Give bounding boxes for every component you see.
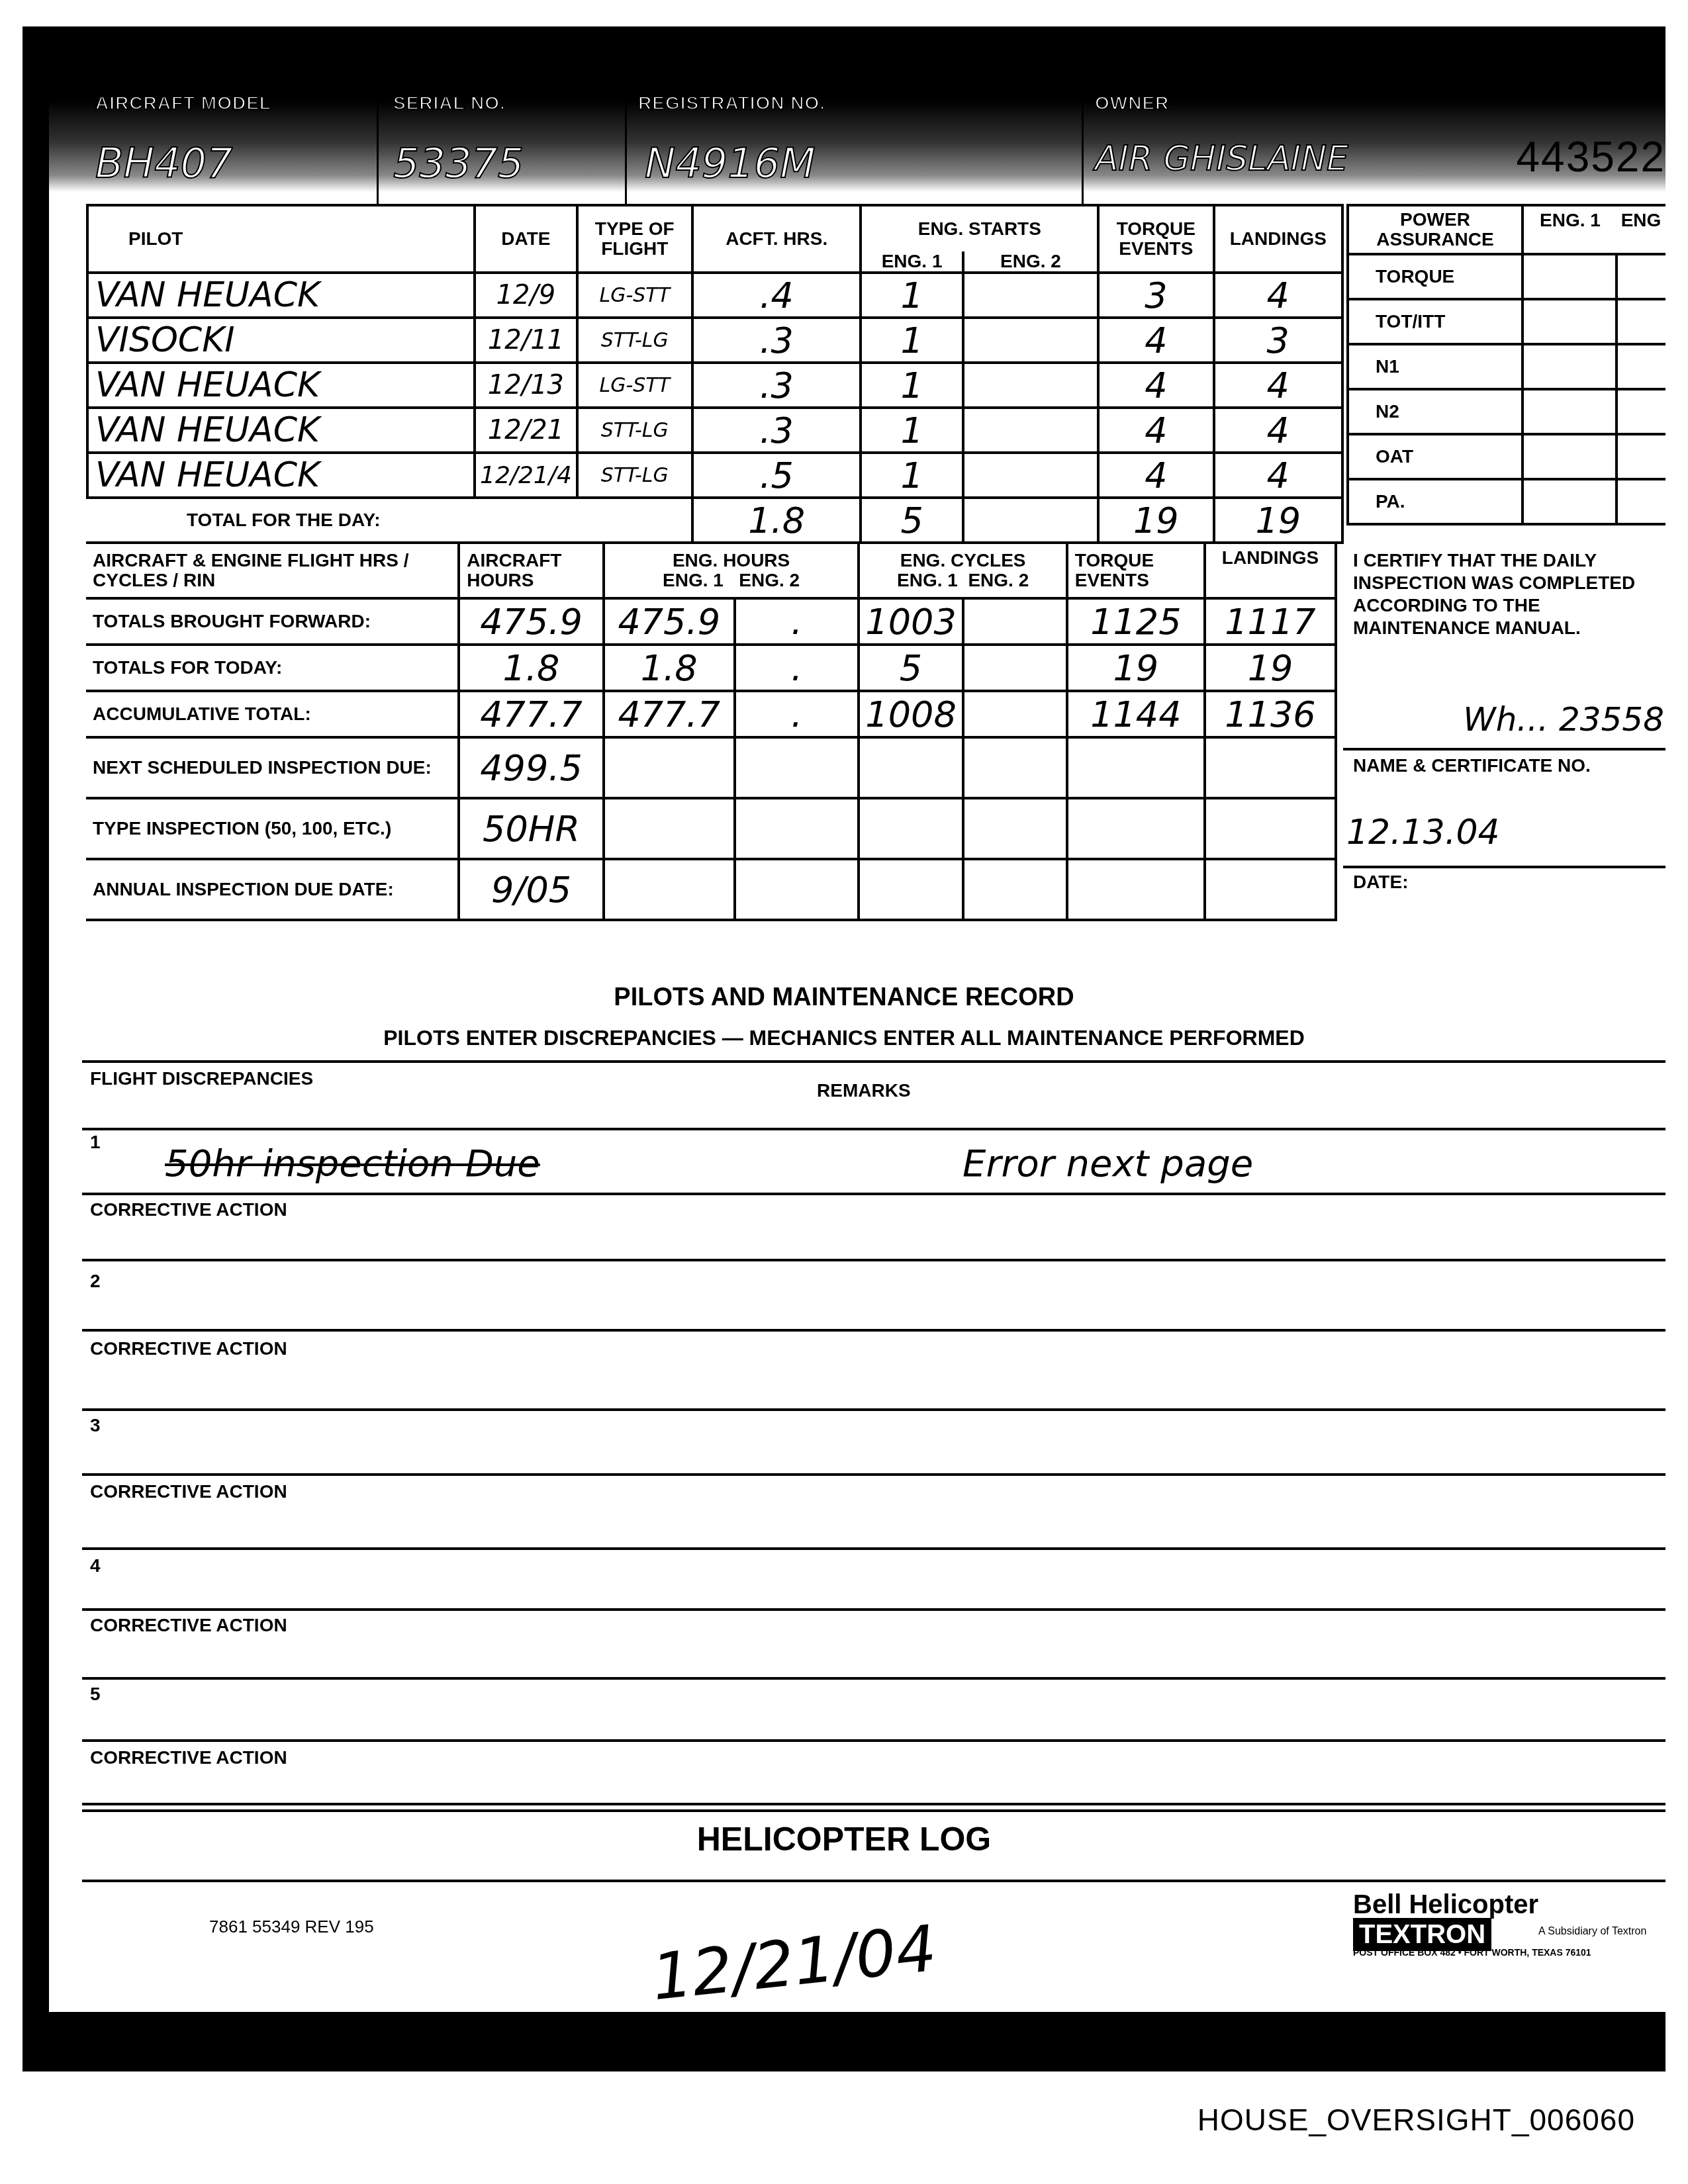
rule [82,1547,1665,1550]
rule [82,1060,1665,1063]
eng1-cycles: 5 [859,645,962,691]
eng2-hours: . [735,645,859,691]
totals-row-label: ACCUMULATIVE TOTAL: [86,691,459,737]
date-line [1343,866,1665,868]
eng2-cycles [963,737,1067,798]
flight-row: VAN HEUACK 12/21 STT-LG .3 1 4 4 [87,408,1342,453]
torque-events [1067,798,1205,859]
totals-row-label: TOTALS FOR TODAY: [86,645,459,691]
maintenance-record-title: PILOTS AND MAINTENANCE RECORD [23,983,1665,1012]
pilot-name: VAN HEUACK [87,408,475,453]
flight-row: VAN HEUACK 12/21/4 STT-LG .5 1 4 4 [87,453,1342,498]
col-type-of-flight: TYPE OF FLIGHT [577,205,692,273]
landings: 3 [1214,318,1342,363]
rule [82,1473,1665,1476]
torque-events: 19 [1067,645,1205,691]
document-number: 443522 [1516,132,1665,181]
col-pa-eng1: ENG. 1 [1523,205,1617,254]
pa-eng1-cell [1523,344,1617,389]
pa-eng2-cell [1617,254,1665,299]
discrepancy-remark: Error next page [962,1142,1253,1185]
landings [1205,798,1336,859]
rule [82,1408,1665,1411]
rule [82,1803,1665,1805]
subsidiary-line: A Subsidiary of Textron [1538,1926,1646,1938]
eng1-cycles [859,737,962,798]
totals-table: AIRCRAFT & ENGINE FLIGHT HRS / CYCLES / … [86,541,1337,921]
rule [82,1193,1665,1195]
eng-cycles-eng2: ENG. 2 [968,570,1029,590]
pa-eng2-cell [1617,299,1665,344]
rule [82,1329,1665,1332]
pa-eng1-cell [1523,299,1617,344]
power-assurance-table: POWER ASSURANCE ENG. 1 ENG TORQUE TOT/IT… [1346,204,1665,525]
aircraft-hours: 50HR [459,798,603,859]
flight-date: 12/21 [475,408,577,453]
scan-dark-band-bottom [23,2012,1665,2071]
pa-row-tot-itt: TOT/ITT [1348,299,1523,344]
acft-hrs: .4 [692,273,861,318]
eng2-starts [963,363,1098,408]
pa-eng1-cell [1523,479,1617,524]
total-eng2-starts [963,498,1098,543]
totals-row: TOTALS BROUGHT FORWARD: 475.9 475.9 . 10… [86,598,1336,645]
aircraft-hours: 9/05 [459,859,603,920]
acft-hrs: .3 [692,408,861,453]
landings: 4 [1214,273,1342,318]
landings: 1136 [1205,691,1336,737]
landings: 4 [1214,408,1342,453]
pa-eng2-cell [1617,479,1665,524]
flight-row: VAN HEUACK 12/9 LG-STT .4 1 3 4 [87,273,1342,318]
eng1-cycles [859,859,962,920]
eng-hours-eng2: ENG. 2 [739,570,800,590]
torque-events: 4 [1098,408,1213,453]
total-acft-hrs: 1.8 [692,498,861,543]
pa-row-n1: N1 [1348,344,1523,389]
flight-date: 12/11 [475,318,577,363]
col-eng-hours: ENG. HOURSENG. 1 ENG. 2 [604,543,859,598]
pa-eng2-cell [1617,389,1665,434]
eng2-starts [963,453,1098,498]
rule [82,1739,1665,1742]
owner-label: OWNER [1095,93,1169,114]
brand-name: Bell Helicopter [1353,1890,1538,1919]
pa-eng1-cell [1523,434,1617,479]
eng1-cycles: 1008 [859,691,962,737]
eng2-starts [963,408,1098,453]
col-torque-events: TORQUE EVENTS [1098,205,1213,273]
eng1-starts: 1 [861,318,962,363]
eng-cycles-title: ENG. CYCLES [900,550,1026,570]
eng2-cycles [963,598,1067,645]
eng1-hours: 477.7 [604,691,735,737]
landings: 4 [1214,453,1342,498]
flight-type: STT-LG [577,453,692,498]
totals-row-label: TOTALS BROUGHT FORWARD: [86,598,459,645]
handwritten-date: 12/21/04 [648,1911,940,2015]
total-for-day-label: TOTAL FOR THE DAY: [87,498,692,543]
torque-events: 1144 [1067,691,1205,737]
eng-hours-title: ENG. HOURS [673,550,790,570]
owner-value: AIR GHISLAINE [1095,139,1348,179]
header-divider [625,99,627,205]
flight-row: VAN HEUACK 12/13 LG-STT .3 1 4 4 [87,363,1342,408]
landings: 1117 [1205,598,1336,645]
flight-type: LG-STT [577,363,692,408]
pilot-name: VAN HEUACK [87,363,475,408]
pa-row-n2: N2 [1348,389,1523,434]
pilot-name: VISOCKI [87,318,475,363]
col-eng-starts: ENG. STARTS [861,205,1098,251]
landings: 19 [1205,645,1336,691]
torque-events [1067,737,1205,798]
discrepancy-remark-struck: 50hr inspection Due [165,1142,540,1185]
col-date: DATE [475,205,577,273]
maintenance-record-subtitle: PILOTS ENTER DISCREPANCIES — MECHANICS E… [23,1026,1665,1050]
aircraft-hours: 475.9 [459,598,603,645]
eng2-hours [735,859,859,920]
eng2-starts [963,273,1098,318]
certification-date-label: DATE: [1353,871,1408,893]
discrepancy-number: 2 [90,1271,101,1292]
eng1-hours [604,737,735,798]
torque-events: 4 [1098,318,1213,363]
col-pa-eng2: ENG [1617,205,1665,254]
total-landings: 19 [1214,498,1342,543]
eng-hours-eng1: ENG. 1 [663,570,724,590]
total-eng1-starts: 5 [861,498,962,543]
aircraft-hours: 477.7 [459,691,603,737]
eng2-cycles [963,859,1067,920]
eng2-hours: . [735,691,859,737]
flight-type: LG-STT [577,273,692,318]
corrective-action-label: CORRECTIVE ACTION [90,1199,287,1220]
col-landings: LANDINGS [1214,205,1342,273]
corrective-action-label: CORRECTIVE ACTION [90,1615,287,1636]
flight-date: 12/13 [475,363,577,408]
discrepancy-number: 4 [90,1555,101,1576]
totals-row-label: NEXT SCHEDULED INSPECTION DUE: [86,737,459,798]
torque-events: 4 [1098,363,1213,408]
eng2-hours: . [735,598,859,645]
pa-row-pa: PA. [1348,479,1523,524]
landings [1205,737,1336,798]
totals-row: TOTALS FOR TODAY: 1.8 1.8 . 5 19 19 [86,645,1336,691]
col-landings: LANDINGS [1205,543,1336,598]
form-number: 7861 55349 REV 195 [209,1917,374,1937]
eng1-cycles: 1003 [859,598,962,645]
bell-helicopter-logo: Bell Helicopter TEXTRON [1353,1890,1665,1950]
pa-eng1-cell [1523,389,1617,434]
pa-row-oat: OAT [1348,434,1523,479]
acft-hrs: .3 [692,318,861,363]
flight-type: STT-LG [577,318,692,363]
eng2-hours [735,737,859,798]
eng1-hours: 1.8 [604,645,735,691]
certification-statement: I CERTIFY THAT THE DAILY INSPECTION WAS … [1353,549,1664,639]
col-pilot: PILOT [87,205,475,273]
eng1-hours: 475.9 [604,598,735,645]
total-torque-events: 19 [1098,498,1213,543]
rule [82,1677,1665,1680]
acft-hrs: .3 [692,363,861,408]
certification-date-value: 12.13.04 [1346,813,1500,852]
serial-no-label: SERIAL NO. [393,93,506,114]
corrective-action-label: CORRECTIVE ACTION [90,1481,287,1502]
rule [82,1809,1665,1812]
totals-row: ANNUAL INSPECTION DUE DATE: 9/05 [86,859,1336,920]
totals-row-label: ANNUAL INSPECTION DUE DATE: [86,859,459,920]
inspector-signature: Wh... 23558 [1333,700,1664,739]
landings [1205,859,1336,920]
eng1-starts: 1 [861,363,962,408]
bates-number: HOUSE_OVERSIGHT_006060 [1197,2102,1635,2138]
total-for-day-row: TOTAL FOR THE DAY: 1.8 5 19 19 [87,498,1342,543]
eng2-cycles [963,798,1067,859]
eng1-starts: 1 [861,273,962,318]
landings: 4 [1214,363,1342,408]
aircraft-model-value: BH407 [95,139,233,187]
flight-row: VISOCKI 12/11 STT-LG .3 1 4 3 [87,318,1342,363]
rule [82,1880,1665,1882]
acft-hrs: .5 [692,453,861,498]
eng1-cycles [859,798,962,859]
pilot-name: VAN HEUACK [87,273,475,318]
col-torque-events: TORQUE EVENTS [1067,543,1205,598]
col-aircraft-hours: AIRCRAFT HOURS [459,543,603,598]
col-eng-cycles: ENG. CYCLESENG. 1 ENG. 2 [859,543,1066,598]
col-eng-starts-eng1: ENG. 1 [861,251,962,273]
name-certificate-label: NAME & CERTIFICATE NO. [1353,754,1591,777]
aircraft-hours: 1.8 [459,645,603,691]
pa-eng1-cell [1523,254,1617,299]
textron-box: TEXTRON [1353,1918,1491,1951]
company-address: POST OFFICE BOX 482 • FORT WORTH, TEXAS … [1353,1947,1591,1958]
serial-no-value: 53375 [393,139,524,187]
eng-cycles-eng1: ENG. 1 [897,570,958,590]
totals-row: ACCUMULATIVE TOTAL: 477.7 477.7 . 1008 1… [86,691,1336,737]
totals-row: NEXT SCHEDULED INSPECTION DUE: 499.5 [86,737,1336,798]
col-totals-label: AIRCRAFT & ENGINE FLIGHT HRS / CYCLES / … [86,543,459,598]
torque-events [1067,859,1205,920]
rule [82,1259,1665,1261]
eng2-starts [963,318,1098,363]
corrective-action-label: CORRECTIVE ACTION [90,1747,287,1768]
discrepancy-number: 1 [90,1132,101,1153]
eng2-hours [735,798,859,859]
col-eng-starts-eng2: ENG. 2 [963,251,1098,273]
eng1-starts: 1 [861,453,962,498]
flight-table: PILOT DATE TYPE OF FLIGHT ACFT. HRS. ENG… [86,204,1344,544]
registration-no-label: REGISTRATION NO. [638,93,825,114]
flight-type: STT-LG [577,408,692,453]
flight-date: 12/9 [475,273,577,318]
header-divider [1082,99,1084,205]
pa-eng2-cell [1617,434,1665,479]
torque-events: 3 [1098,273,1213,318]
aircraft-model-label: AIRCRAFT MODEL [95,93,271,114]
signature-line [1343,748,1665,751]
rule [82,1128,1665,1130]
totals-row: TYPE INSPECTION (50, 100, ETC.) 50HR [86,798,1336,859]
totals-row-label: TYPE INSPECTION (50, 100, ETC.) [86,798,459,859]
pilot-name: VAN HEUACK [87,453,475,498]
registration-no-value: N4916M [645,139,816,187]
helicopter-log-title: HELICOPTER LOG [23,1820,1665,1858]
discrepancy-number: 5 [90,1684,101,1705]
eng1-hours [604,859,735,920]
remarks-header: REMARKS [817,1080,911,1101]
torque-events: 4 [1098,453,1213,498]
torque-events: 1125 [1067,598,1205,645]
flight-date: 12/21/4 [475,453,577,498]
aircraft-hours: 499.5 [459,737,603,798]
discrepancy-number: 3 [90,1415,101,1436]
corrective-action-label: CORRECTIVE ACTION [90,1338,287,1359]
header-divider [377,99,379,205]
rule [82,1608,1665,1611]
eng2-cycles [963,691,1067,737]
col-acft-hrs: ACFT. HRS. [692,205,861,273]
power-assurance-title: POWER ASSURANCE [1348,205,1523,254]
eng1-starts: 1 [861,408,962,453]
eng1-hours [604,798,735,859]
helicopter-log-form: AIRCRAFT MODEL BH407 SERIAL NO. 53375 RE… [23,26,1665,2071]
flight-discrepancies-header: FLIGHT DISCREPANCIES [90,1068,313,1089]
pa-row-torque: TORQUE [1348,254,1523,299]
pa-eng2-cell [1617,344,1665,389]
eng2-cycles [963,645,1067,691]
